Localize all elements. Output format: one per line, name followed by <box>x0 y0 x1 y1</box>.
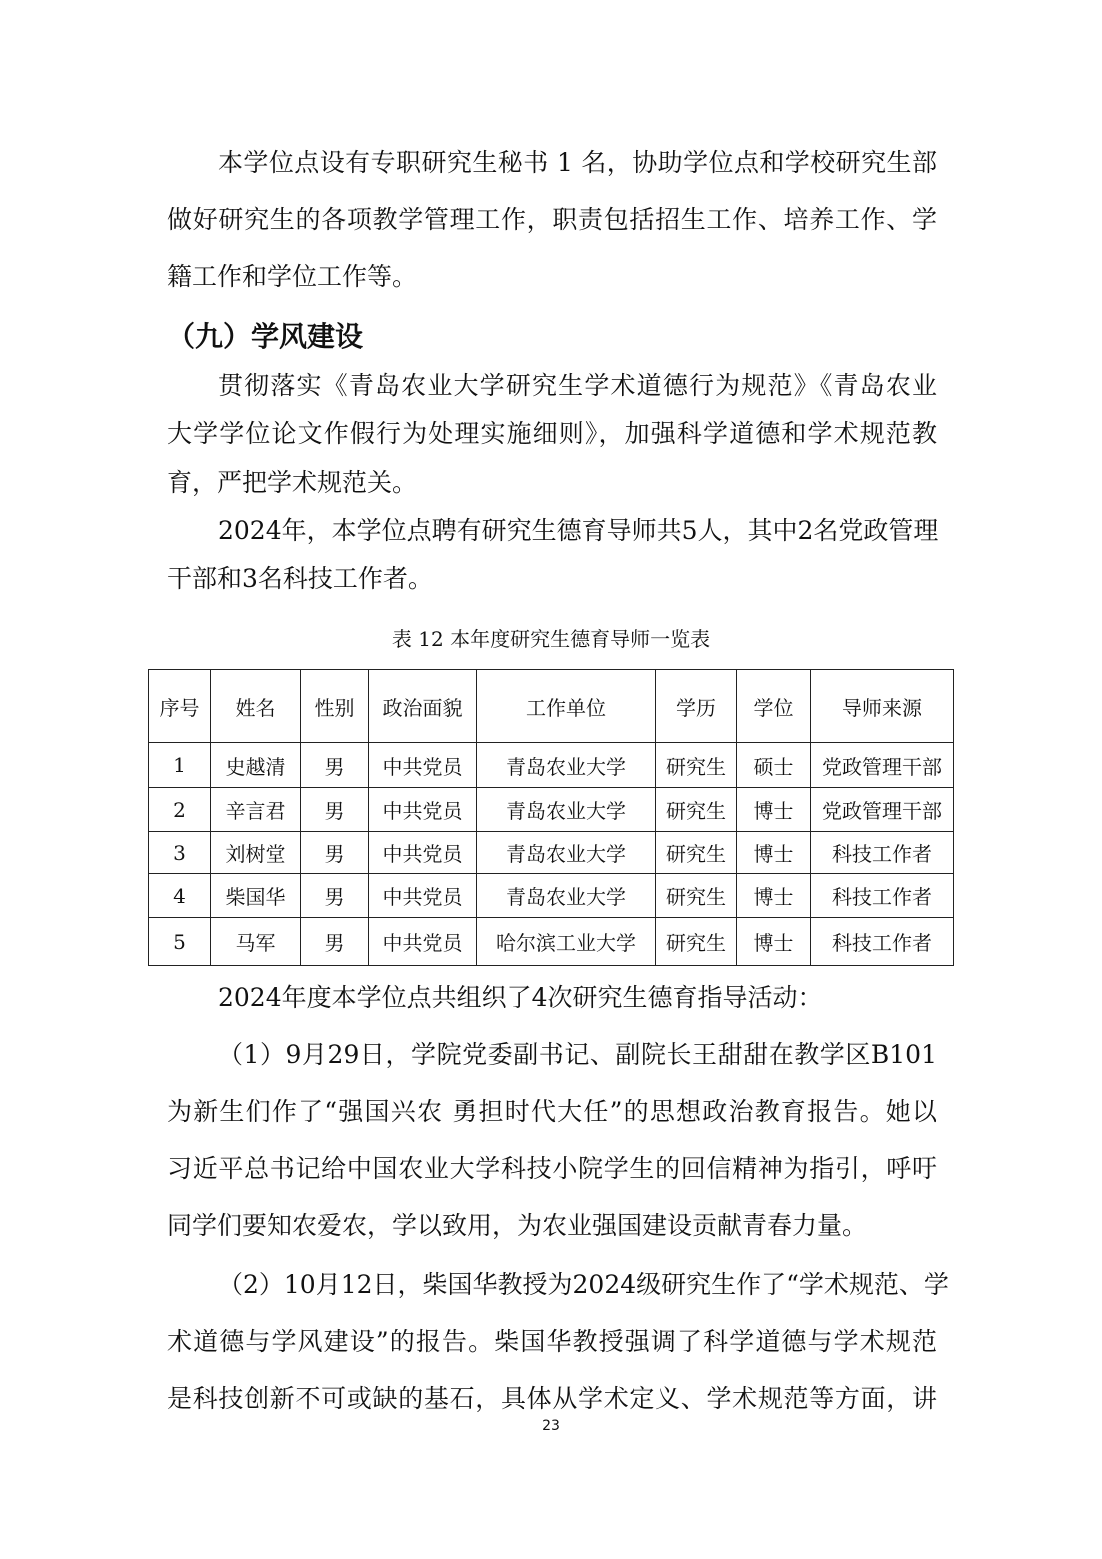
cell-name: 刘树堂 <box>211 832 301 874</box>
cell-source: 科技工作者 <box>811 874 954 918</box>
cell-political-status: 中共党员 <box>369 788 477 832</box>
table-row: 4 柴国华 男 中共党员 青岛农业大学 研究生 博士 科技工作者 <box>149 874 954 918</box>
cell-gender: 男 <box>301 832 369 874</box>
cell-name: 马军 <box>211 918 301 966</box>
text-line: 同学们要知农爱农，学以致用，为农业强国建设贡献青春力量。 <box>167 1211 937 1241</box>
cell-education: 研究生 <box>656 743 737 788</box>
header-cell: 导师来源 <box>811 670 954 743</box>
text-line: 干部和3名科技工作者。 <box>167 564 937 594</box>
cell-workplace: 青岛农业大学 <box>477 832 656 874</box>
text-line: （1）9月29日，学院党委副书记、副院长王甜甜在教学区B101 <box>218 1040 937 1070</box>
cell-name: 柴国华 <box>211 874 301 918</box>
text-line: （2）10月12日，柴国华教授为2024级研究生作了“学术规范、学 <box>218 1270 937 1300</box>
cell-index: 1 <box>149 743 211 788</box>
header-cell: 序号 <box>149 670 211 743</box>
header-cell: 学历 <box>656 670 737 743</box>
cell-education: 研究生 <box>656 918 737 966</box>
page-number: 23 <box>0 1418 1102 1434</box>
cell-degree: 博士 <box>737 874 811 918</box>
text-line: 做好研究生的各项教学管理工作，职责包括招生工作、培养工作、学 <box>167 205 937 235</box>
cell-name: 史越清 <box>211 743 301 788</box>
header-cell: 学位 <box>737 670 811 743</box>
text-line: 为新生们作了“强国兴农 勇担时代大任”的思想政治教育报告。她以 <box>167 1097 937 1127</box>
cell-source: 科技工作者 <box>811 918 954 966</box>
cell-degree: 硕士 <box>737 743 811 788</box>
cell-political-status: 中共党员 <box>369 874 477 918</box>
table-row: 5 马军 男 中共党员 哈尔滨工业大学 研究生 博士 科技工作者 <box>149 918 954 966</box>
moral-tutor-table: 序号 姓名 性别 政治面貌 工作单位 学历 学位 导师来源 1 史越清 男 中共… <box>148 669 954 966</box>
cell-education: 研究生 <box>656 874 737 918</box>
text-line: 2024年度本学位点共组织了4次研究生德育指导活动： <box>218 983 937 1013</box>
header-cell: 政治面貌 <box>369 670 477 743</box>
cell-degree: 博士 <box>737 832 811 874</box>
cell-name: 辛言君 <box>211 788 301 832</box>
cell-source: 科技工作者 <box>811 832 954 874</box>
cell-source: 党政管理干部 <box>811 743 954 788</box>
table-row: 2 辛言君 男 中共党员 青岛农业大学 研究生 博士 党政管理干部 <box>149 788 954 832</box>
text-line: 籍工作和学位工作等。 <box>167 262 937 292</box>
cell-gender: 男 <box>301 788 369 832</box>
cell-index: 5 <box>149 918 211 966</box>
cell-workplace: 青岛农业大学 <box>477 743 656 788</box>
cell-degree: 博士 <box>737 788 811 832</box>
cell-education: 研究生 <box>656 832 737 874</box>
cell-gender: 男 <box>301 874 369 918</box>
cell-political-status: 中共党员 <box>369 832 477 874</box>
header-cell: 性别 <box>301 670 369 743</box>
table-row: 1 史越清 男 中共党员 青岛农业大学 研究生 硕士 党政管理干部 <box>149 743 954 788</box>
text-line: 术道德与学风建设”的报告。柴国华教授强调了科学道德与学术规范 <box>167 1327 937 1357</box>
table-row: 3 刘树堂 男 中共党员 青岛农业大学 研究生 博士 科技工作者 <box>149 832 954 874</box>
cell-index: 3 <box>149 832 211 874</box>
text-line: 本学位点设有专职研究生秘书 1 名，协助学位点和学校研究生部 <box>218 148 937 178</box>
text-line: 是科技创新不可或缺的基石，具体从学术定义、学术规范等方面，讲 <box>167 1384 937 1414</box>
header-cell: 工作单位 <box>477 670 656 743</box>
text-line: 大学学位论文作假行为处理实施细则》，加强科学道德和学术规范教 <box>167 419 937 449</box>
cell-workplace: 哈尔滨工业大学 <box>477 918 656 966</box>
text-line: 贯彻落实《青岛农业大学研究生学术道德行为规范》《青岛农业 <box>218 371 937 401</box>
cell-source: 党政管理干部 <box>811 788 954 832</box>
cell-index: 2 <box>149 788 211 832</box>
header-cell: 姓名 <box>211 670 301 743</box>
cell-workplace: 青岛农业大学 <box>477 874 656 918</box>
cell-political-status: 中共党员 <box>369 918 477 966</box>
cell-education: 研究生 <box>656 788 737 832</box>
cell-workplace: 青岛农业大学 <box>477 788 656 832</box>
text-line: 育，严把学术规范关。 <box>167 468 937 498</box>
text-line: 2024年，本学位点聘有研究生德育导师共5人，其中2名党政管理 <box>218 516 937 546</box>
table-caption: 表 12 本年度研究生德育导师一览表 <box>0 626 1102 652</box>
section-heading: （九）学风建设 <box>167 320 363 354</box>
cell-index: 4 <box>149 874 211 918</box>
cell-political-status: 中共党员 <box>369 743 477 788</box>
cell-gender: 男 <box>301 743 369 788</box>
cell-gender: 男 <box>301 918 369 966</box>
table-header-row: 序号 姓名 性别 政治面貌 工作单位 学历 学位 导师来源 <box>149 670 954 743</box>
text-line: 习近平总书记给中国农业大学科技小院学生的回信精神为指引，呼吁 <box>167 1154 937 1184</box>
cell-degree: 博士 <box>737 918 811 966</box>
